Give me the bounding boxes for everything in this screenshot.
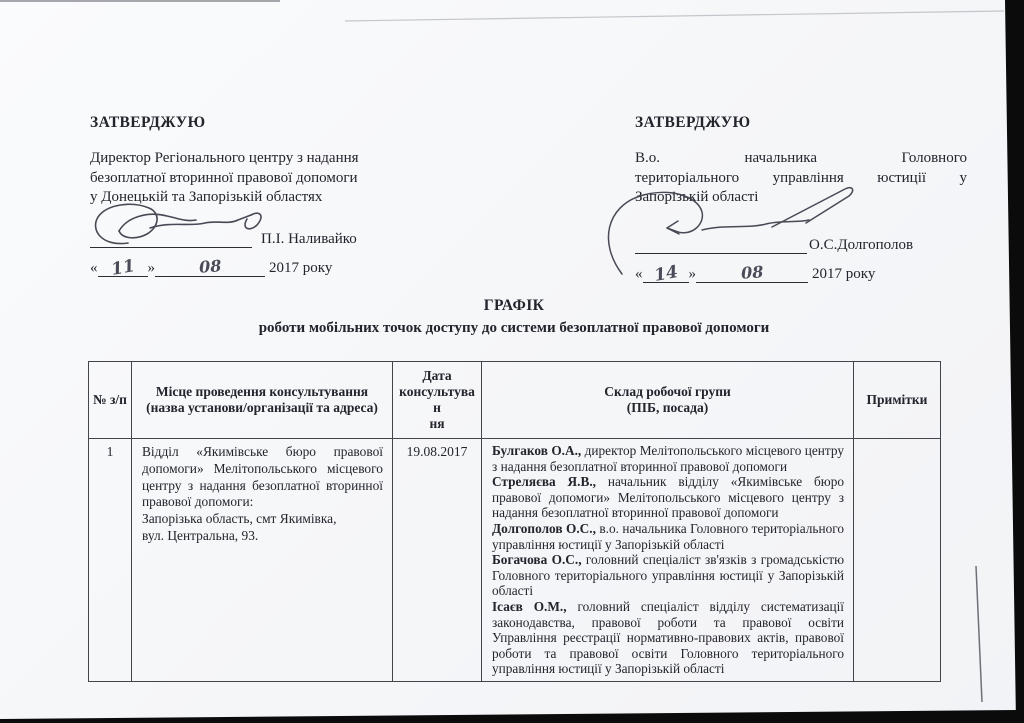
date-cell: 19.08.2017 (393, 439, 482, 682)
header-workgroup: Склад робочої групи (ПІБ, посада) (482, 362, 854, 439)
open-quote: « (90, 260, 98, 277)
approval-right-body-line: Запорізькій області (635, 188, 967, 208)
member-name: Булгаков О.А., (492, 443, 581, 458)
approval-block-left: ЗАТВЕРДЖУЮ Директор Регіонального центру… (90, 114, 430, 277)
approval-right-heading: ЗАТВЕРДЖУЮ (635, 114, 967, 132)
approval-right-body-line: В.о. начальника Головного (635, 149, 967, 169)
header-num: № з/п (89, 362, 132, 439)
close-quote: » (148, 260, 156, 277)
workgroup-member: Ісаєв О.М., головний спеціаліст відділу … (492, 599, 844, 677)
scanned-document-page: { "approval_left": { "heading": "ЗАТВЕРД… (0, 0, 1024, 723)
close-quote: » (689, 266, 697, 283)
handwritten-month-slot: 08 (155, 256, 265, 277)
approval-left-body-line: безоплатної вторинної правової допомоги (90, 169, 430, 189)
signature-line (90, 224, 252, 248)
place-address-line: вул. Центральна, 93. (142, 528, 383, 545)
workgroup-member: Богачова О.С., головний спеціаліст зв'яз… (492, 552, 844, 599)
open-quote: « (635, 266, 643, 283)
member-name: Долгополов О.С., (492, 521, 596, 536)
year-label: 2017 року (265, 260, 332, 277)
title-line-1: ГРАФІК (88, 297, 940, 315)
approval-left-date-row: « 11 » 08 2017 року (90, 253, 430, 277)
approval-right-date-row: « 14 » 08 2017 року (635, 259, 967, 283)
signature-line (635, 230, 807, 254)
signatory-name: О.С.Долгополов (807, 237, 913, 254)
schedule-table: № з/п Місце проведення консультування (н… (88, 361, 941, 682)
approval-right-body: В.о. начальника Головного територіальног… (635, 149, 967, 208)
table-row: 1 Відділ «Якимівське бюро правової допом… (89, 439, 941, 682)
notes-cell (854, 439, 941, 682)
handwritten-day: 14 (652, 262, 679, 286)
handwritten-month: 08 (198, 256, 222, 277)
workgroup-member: Стреляєва Я.В., начальник відділу «Якимі… (492, 474, 844, 521)
place-address-line: Запорізька область, смт Якимівка, (142, 511, 383, 528)
header-notes: Примітки (854, 362, 941, 439)
document-title: ГРАФІК роботи мобільних точок доступу до… (88, 297, 940, 337)
title-line-2: роботи мобільних точок доступу до систем… (88, 320, 940, 337)
handwritten-month: 08 (740, 262, 764, 283)
member-name: Ісаєв О.М., (492, 599, 567, 614)
signatory-name: П.І. Наливайко (252, 231, 357, 248)
approval-left-body-line: у Донецькій та Запорізькій областях (90, 188, 430, 208)
approval-block-right: ЗАТВЕРДЖУЮ В.о. начальника Головного тер… (635, 114, 967, 283)
member-name: Богачова О.С., (492, 552, 582, 567)
handwritten-day-slot: 14 (643, 262, 689, 283)
handwritten-month-slot: 08 (696, 262, 808, 283)
handwritten-day-slot: 11 (98, 256, 148, 277)
header-place: Місце проведення консультування (назва у… (132, 362, 393, 439)
approval-left-heading: ЗАТВЕРДЖУЮ (90, 114, 430, 132)
place-cell: Відділ «Якимівське бюро правової допомог… (132, 439, 393, 682)
approval-right-signature-row: О.С.Долгополов (635, 228, 967, 254)
header-date: Дата консультуван ня (393, 362, 482, 439)
row-number-cell: 1 (89, 439, 132, 682)
approval-left-body-line: Директор Регіонального центру з надання (90, 149, 430, 169)
table-header-row: № з/п Місце проведення консультування (н… (89, 362, 941, 439)
workgroup-member: Булгаков О.А., директор Мелітопольського… (492, 443, 844, 474)
member-name: Стреляєва Я.В., (492, 474, 596, 489)
place-paragraph: Відділ «Якимівське бюро правової допомог… (142, 444, 383, 511)
handwritten-day: 11 (109, 256, 136, 280)
approval-left-signature-row: П.І. Наливайко (90, 222, 430, 248)
workgroup-cell: Булгаков О.А., директор Мелітопольського… (482, 439, 854, 682)
workgroup-member: Долгополов О.С., в.о. начальника Головно… (492, 521, 844, 552)
approval-left-body: Директор Регіонального центру з надання … (90, 149, 430, 208)
year-label: 2017 року (808, 266, 875, 283)
approval-right-body-line: територіального управління юстиції у (635, 169, 967, 189)
